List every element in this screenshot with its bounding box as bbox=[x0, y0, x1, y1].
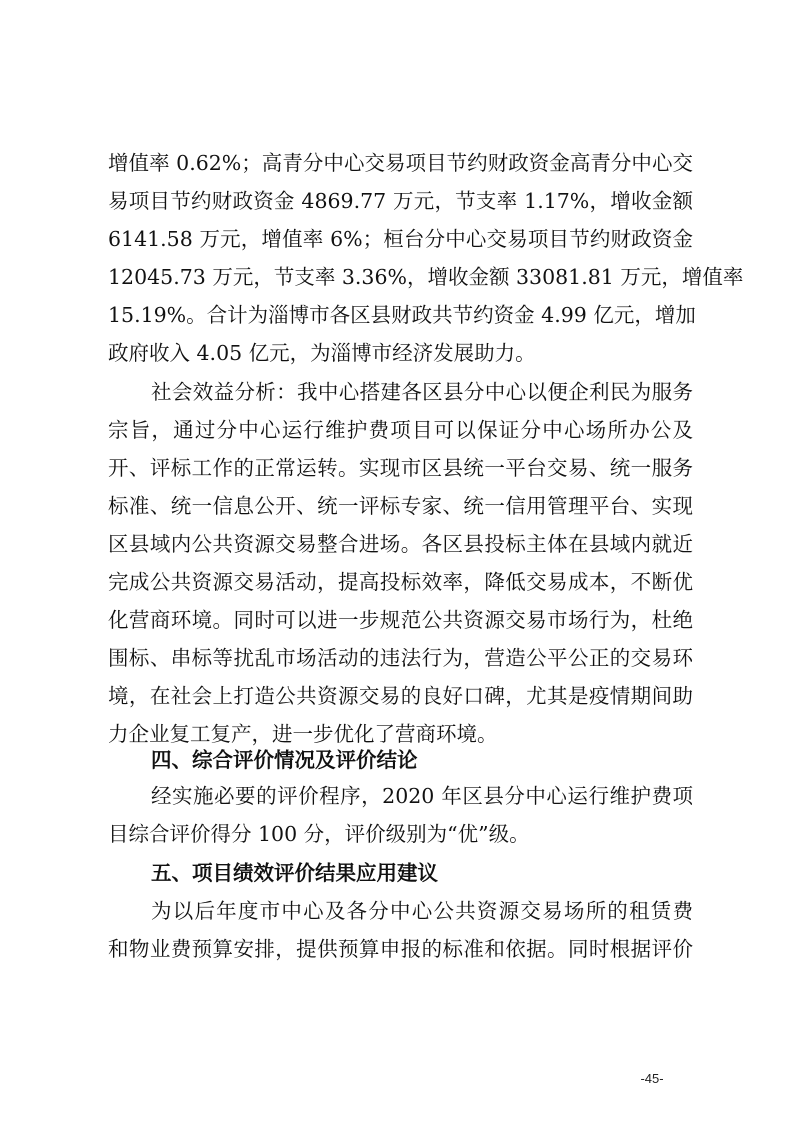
text-line: 12045.73 万元，节支率 3.36%，增收金额 33081.81 万元，增… bbox=[108, 262, 693, 292]
document-page: 增值率 0.62%；高青分中心交易项目节约财政资金高青分中心交 易项目节约财政资… bbox=[0, 0, 793, 1122]
page-number: -45- bbox=[630, 1071, 674, 1086]
section-heading-4: 四、综合评价情况及评价结论 bbox=[151, 745, 418, 775]
text-line: 易项目节约财政资金 4869.77 万元，节支率 1.17%，增收金额 bbox=[108, 186, 693, 216]
text-line: 和物业费预算安排，提供预算申报的标准和依据。同时根据评价 bbox=[108, 934, 693, 964]
text-line: 增值率 0.62%；高青分中心交易项目节约财政资金高青分中心交 bbox=[108, 148, 693, 178]
text-line: 宗旨，通过分中心运行维护费项目可以保证分中心场所办公及 bbox=[108, 415, 693, 445]
text-line: 标准、统一信息公开、统一评标专家、统一信用管理平台、实现 bbox=[108, 491, 693, 521]
text-line: 境，在社会上打造公共资源交易的良好口碑，尤其是疫情期间助 bbox=[108, 681, 693, 711]
text-line: 目综合评价得分 100 分，评价级别为“优”级。 bbox=[108, 819, 693, 849]
section-heading-5: 五、项目绩效评价结果应用建议 bbox=[151, 858, 438, 888]
text-line: 围标、串标等扰乱市场活动的违法行为，营造公平公正的交易环 bbox=[108, 643, 693, 673]
text-line: 6141.58 万元，增值率 6%；桓台分中心交易项目节约财政资金 bbox=[108, 224, 693, 254]
text-line: 开、评标工作的正常运转。实现市区县统一平台交易、统一服务 bbox=[108, 453, 693, 483]
text-line: 完成公共资源交易活动，提高投标效率，降低交易成本，不断优 bbox=[108, 567, 693, 597]
text-line: 化营商环境。同时可以进一步规范公共资源交易市场行为，杜绝 bbox=[108, 605, 693, 635]
text-line: 社会效益分析：我中心搭建各区县分中心以便企利民为服务 bbox=[151, 377, 693, 407]
text-line: 区县域内公共资源交易整合进场。各区县投标主体在县域内就近 bbox=[108, 529, 693, 559]
text-line: 政府收入 4.05 亿元，为淄博市经济发展助力。 bbox=[108, 338, 693, 368]
text-line: 经实施必要的评价程序，2020 年区县分中心运行维护费项 bbox=[151, 781, 693, 811]
text-line: 15.19%。合计为淄博市各区县财政共节约资金 4.99 亿元，增加 bbox=[108, 300, 693, 330]
text-line: 为以后年度市中心及各分中心公共资源交易场所的租赁费 bbox=[151, 896, 693, 926]
